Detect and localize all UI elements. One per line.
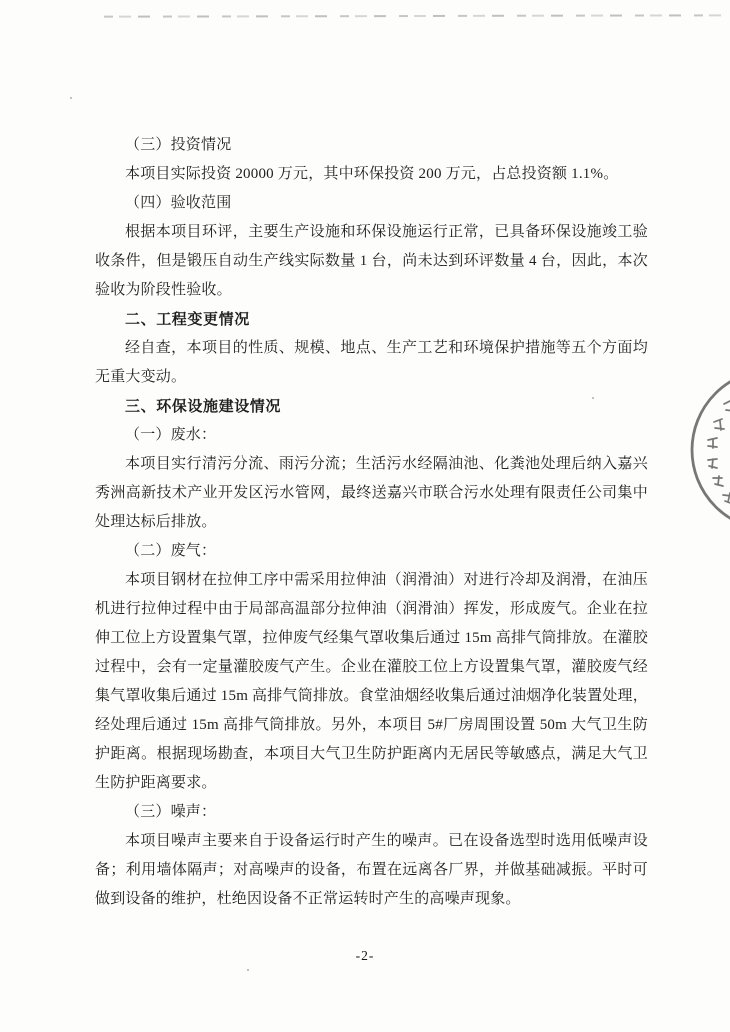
- para-investment: 本项目实际投资 20000 万元，其中环保投资 200 万元，占总投资额 1.1…: [95, 160, 648, 189]
- heading-env-facilities: 三、环保设施建设情况: [95, 392, 648, 421]
- page-number: -2-: [0, 948, 730, 964]
- scan-artifact-line: [104, 14, 726, 17]
- para-wastewater: 本项目实行清污分流、雨污分流；生活污水经隔油池、化粪池处理后纳入嘉兴秀洲高新技术…: [95, 450, 648, 537]
- heading-project-changes: 二、工程变更情况: [95, 305, 648, 334]
- para-project-changes: 经自查，本项目的性质、规模、地点、生产工艺和环境保护措施等五个方面均无重大变动。: [95, 334, 648, 392]
- scan-speck: [247, 969, 249, 971]
- para-noise: 本项目噪声主要来自于设备运行时产生的噪声。已在设备选型时选用低噪声设备；利用墙体…: [95, 827, 648, 914]
- heading-acceptance-scope: （四）验收范围: [95, 189, 648, 218]
- scan-speck: [592, 397, 594, 399]
- scan-speck: [70, 97, 72, 99]
- heading-investment: （三）投资情况: [95, 131, 648, 160]
- subheading-wastewater: （一）废水：: [95, 421, 648, 450]
- scanned-document-page: （三）投资情况 本项目实际投资 20000 万元，其中环保投资 200 万元，占…: [0, 0, 730, 1032]
- official-seal-stamp-icon: [672, 378, 730, 528]
- subheading-noise: （三）噪声：: [95, 798, 648, 827]
- subheading-waste-gas: （二）废气：: [95, 537, 648, 566]
- document-body: （三）投资情况 本项目实际投资 20000 万元，其中环保投资 200 万元，占…: [95, 131, 648, 914]
- para-acceptance-scope: 根据本项目环评，主要生产设施和环保设施运行正常，已具备环保设施竣工验收条件，但是…: [95, 218, 648, 305]
- para-waste-gas: 本项目钢材在拉伸工序中需采用拉伸油（润滑油）对进行冷却及润滑，在油压机进行拉伸过…: [95, 566, 648, 798]
